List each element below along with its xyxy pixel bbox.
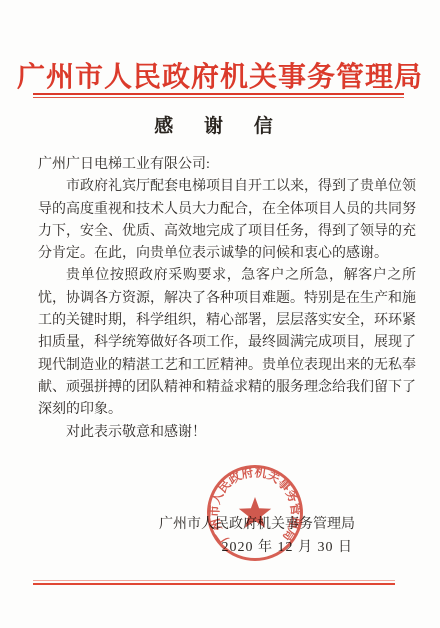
- footer-rule: [33, 580, 395, 585]
- paragraph-2: 贵单位按照政府采购要求，急客户之所急，解客户之所忧，协调各方资源，解决了各种项目…: [38, 265, 416, 421]
- letter-title: 感 谢 信: [0, 111, 440, 138]
- closing-block: 广州市人民政府机关事务管理局 2020 年 12 月 30 日: [159, 514, 355, 559]
- letterhead-double-rule: [33, 93, 404, 98]
- letter-page: 广州市人民政府机关事务管理局 感 谢 信 广州广日电梯工业有限公司: 市政府礼宾…: [0, 0, 440, 628]
- paragraph-1: 市政府礼宾厅配套电梯项目自开工以来，得到了贵单位领导的高度重视和技术人员大力配合…: [38, 176, 416, 265]
- letterhead-org-title: 广州市人民政府机关事务管理局: [0, 55, 440, 95]
- salutation: 广州广日电梯工业有限公司:: [38, 154, 416, 176]
- signature-date: 2020 年 12 月 30 日: [159, 537, 355, 560]
- paragraph-3: 对此表示敬意和感谢！: [38, 422, 416, 444]
- letter-body: 广州广日电梯工业有限公司: 市政府礼宾厅配套电梯项目自开工以来，得到了贵单位领导…: [38, 154, 416, 444]
- signature-org: 广州市人民政府机关事务管理局: [159, 514, 355, 537]
